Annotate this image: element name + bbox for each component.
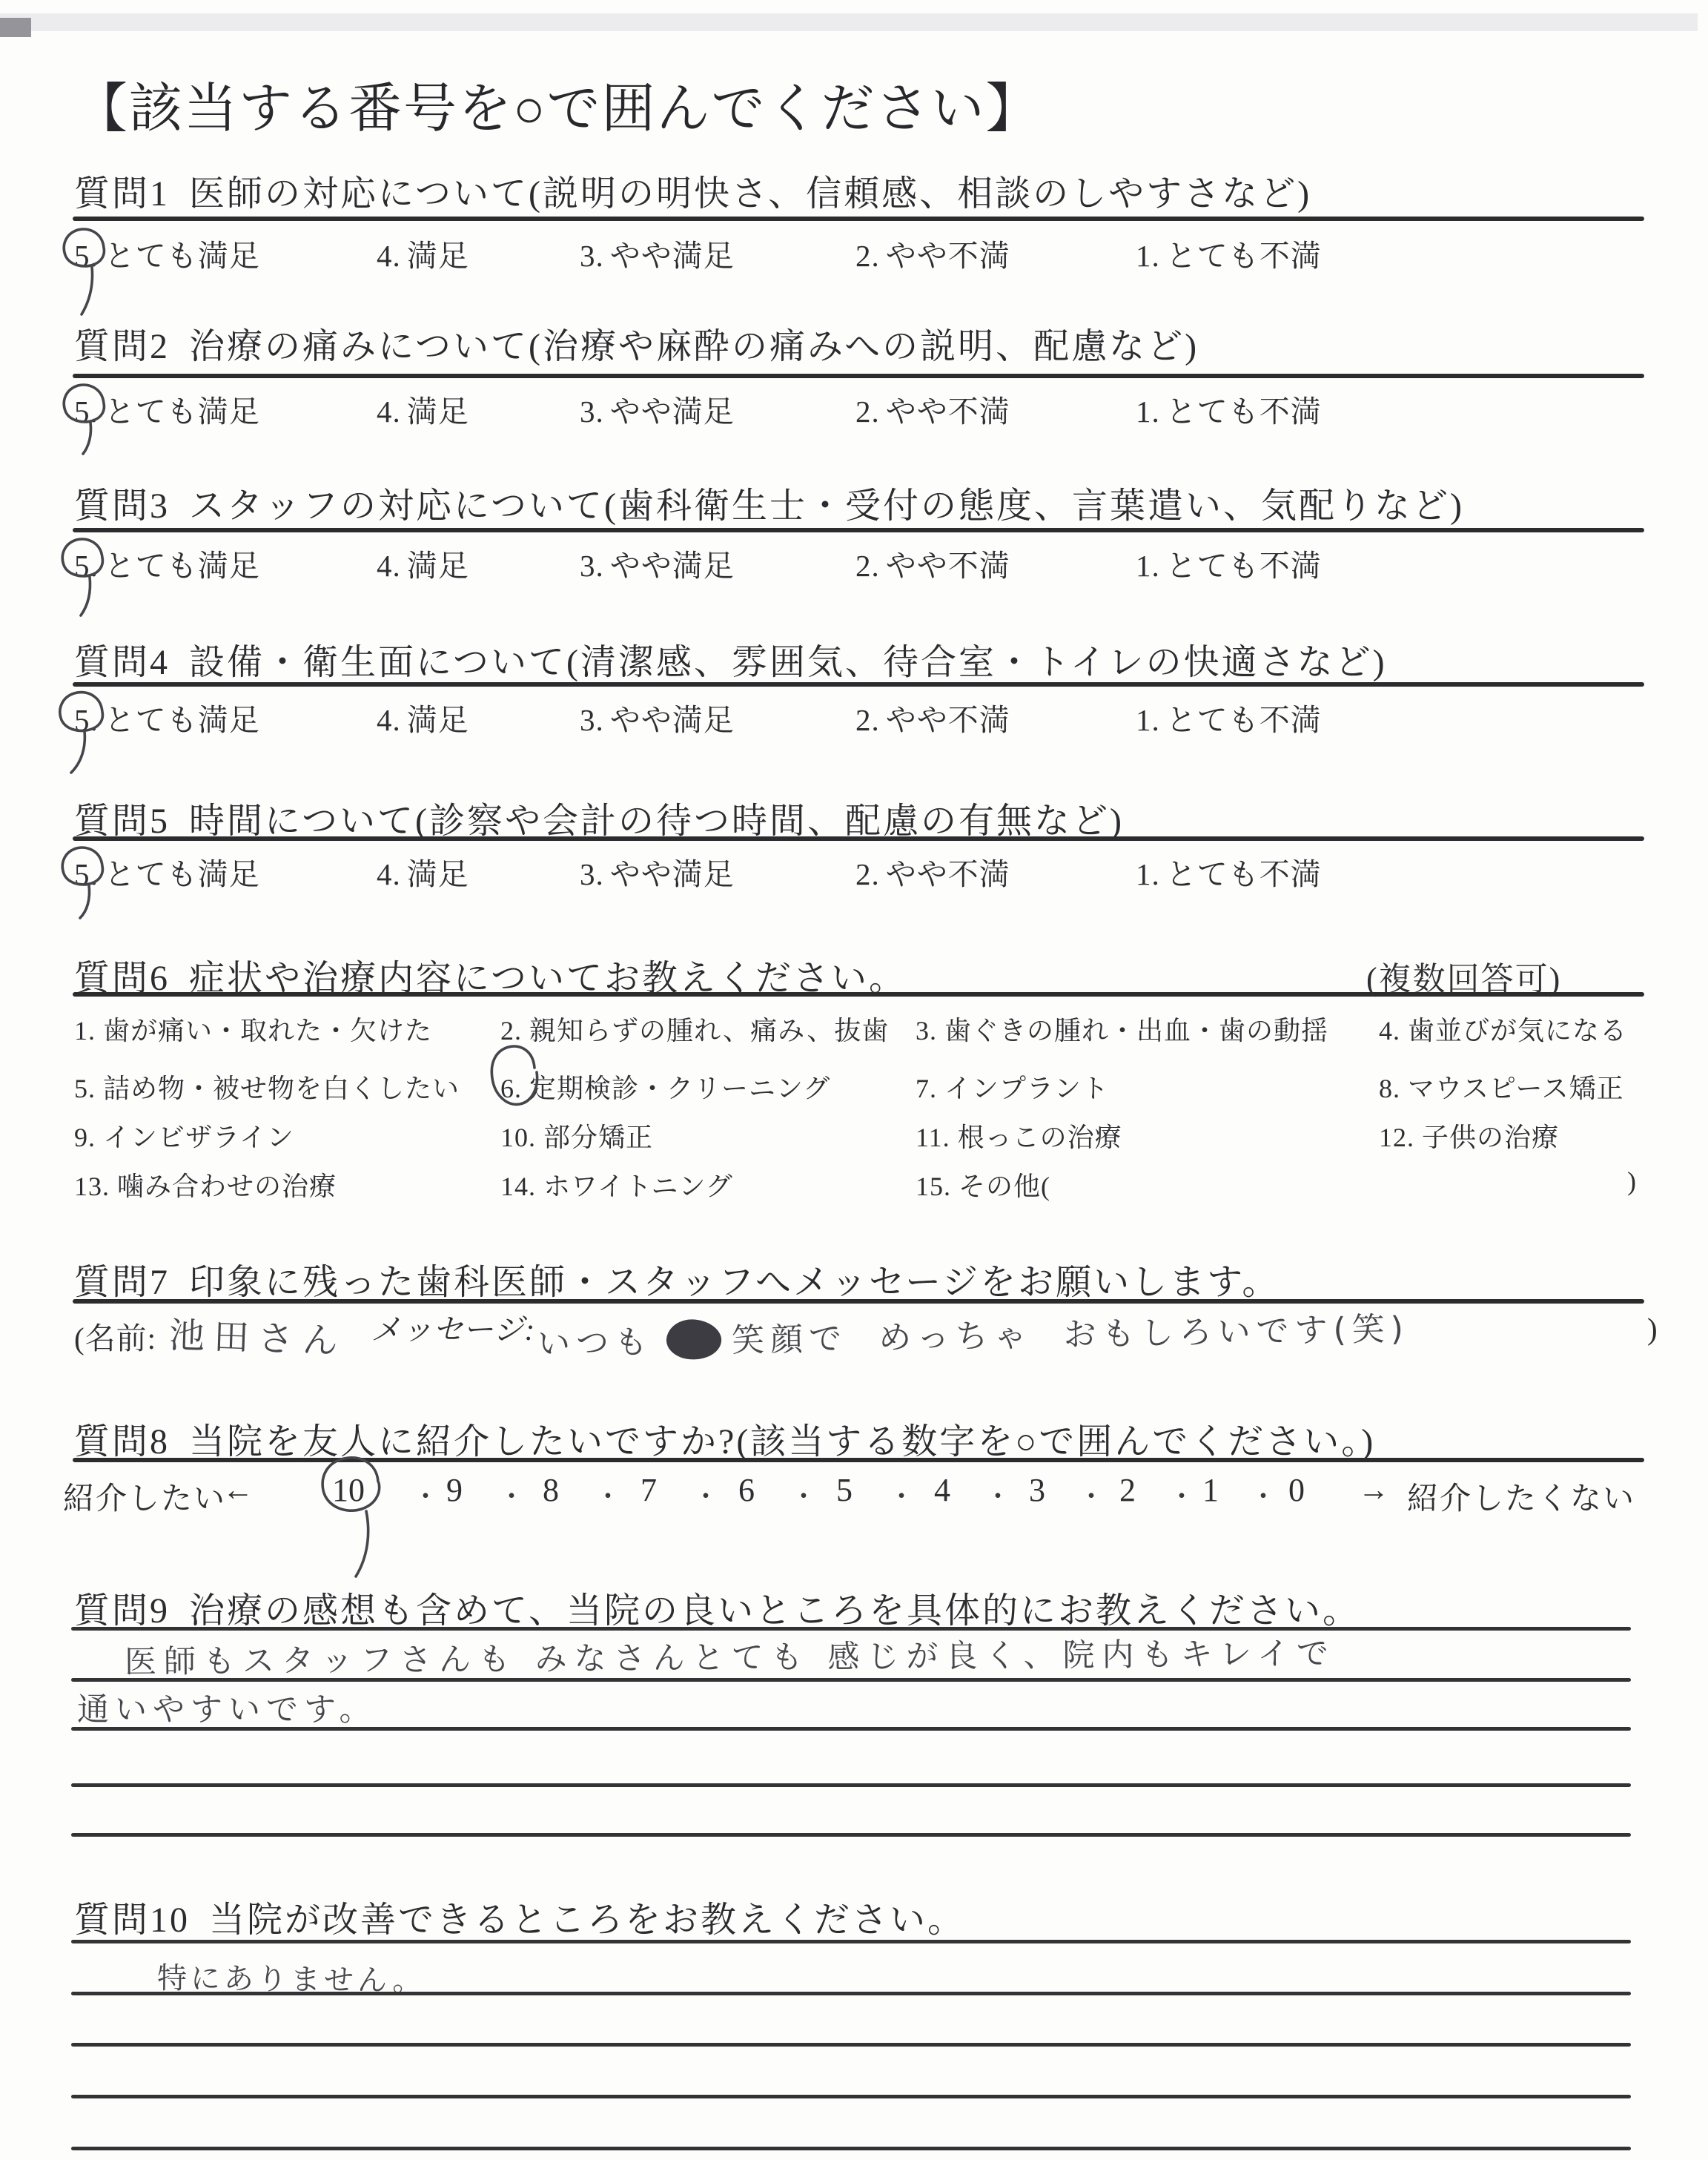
rating-option: 4.満足	[377, 696, 469, 739]
option-label: やや満足	[610, 857, 735, 891]
section-divider-line	[73, 374, 1644, 378]
answer-line	[71, 2147, 1631, 2150]
item-number: 4.	[1379, 1016, 1400, 1046]
item-label: インビザライン	[103, 1123, 294, 1152]
option-number: 2.	[855, 703, 880, 737]
question-text: 治療の痛みについて(治療や麻酔の痛みへの説明、配慮など)	[189, 327, 1199, 366]
item-label: 部分矯正	[543, 1123, 653, 1152]
answer-line	[71, 1727, 1631, 1731]
rating-option: 1.とても不満	[1136, 541, 1322, 585]
question-1-heading: 質問1医師の対応について(説明の明快さ、信頼感、相談のしやすさなど)	[74, 165, 1311, 216]
question-text: 治療の感想も含めて、当院の良いところを具体的にお教えください。	[189, 1591, 1360, 1631]
rating-option: 2.やや不満	[855, 696, 1010, 739]
rating-option: 1.とても不満	[1136, 850, 1322, 894]
scanned-survey-form: 【該当する番号を○で囲んでください】 質問1医師の対応について(説明の明快さ、信…	[0, 0, 1708, 2160]
arrow-left-icon: ←	[222, 1473, 255, 1508]
item-number: 2.	[500, 1016, 522, 1046]
section-divider-line	[73, 528, 1644, 532]
option-number: 3.	[580, 239, 604, 273]
handwritten-answer-line-1: 医師もスタッフさんも みなさんとても 感じが良く、院内もキレイで	[125, 1628, 1336, 1682]
symptom-item: 9. インビザライン	[74, 1117, 294, 1155]
scale-number-2: 2	[1119, 1471, 1136, 1509]
option-label: とても満足	[105, 857, 260, 891]
scale-separator: ・	[692, 1476, 719, 1513]
answer-line	[71, 1678, 1631, 1682]
section-divider-line	[73, 1458, 1644, 1462]
section-divider-line	[73, 836, 1644, 841]
question-label: 質問5	[74, 802, 170, 841]
scale-number-10: 10	[332, 1471, 365, 1509]
other-close-paren: )	[1627, 1166, 1637, 1197]
item-number: 3.	[916, 1016, 937, 1046]
question-label: 質問8	[74, 1422, 170, 1462]
item-number: 13.	[74, 1172, 110, 1201]
option-label: とても満足	[105, 239, 260, 273]
option-number: 2.	[855, 857, 880, 891]
option-number: 4.	[377, 703, 401, 737]
rating-option: 3.やや満足	[580, 850, 735, 894]
handwritten-name: 池田さん	[168, 1307, 348, 1364]
answer-line	[71, 2043, 1631, 2047]
rating-option: 4.満足	[377, 850, 469, 894]
option-number: 1.	[1136, 394, 1160, 429]
answer-line	[71, 2095, 1631, 2098]
question-label: 質問4	[74, 643, 170, 682]
scale-separator: ・	[888, 1476, 915, 1513]
item-label: 歯が痛い・取れた・欠けた	[103, 1016, 432, 1046]
option-label: やや満足	[610, 703, 735, 737]
scale-number-4: 4	[934, 1471, 950, 1509]
option-number: 1.	[1136, 239, 1160, 273]
item-label: 定期検診・クリーニング	[529, 1074, 830, 1103]
option-number: 1.	[1136, 703, 1160, 737]
item-label: 歯ぐきの腫れ・出血・歯の動揺	[944, 1016, 1328, 1046]
question-label: 質問7	[74, 1263, 170, 1302]
section-divider-line	[73, 992, 1644, 997]
scan-artifact-band	[0, 13, 1698, 31]
message-text: 笑顔で めっちゃ おもしろいです(笑)	[732, 1310, 1410, 1360]
scale-separator: ・	[1250, 1476, 1277, 1513]
symptom-item: 15. その他(	[916, 1166, 1050, 1203]
question-text: 当院が改善できるところをお教えください。	[209, 1900, 965, 1940]
scribble-mark	[665, 1317, 723, 1361]
rating-option: 1.とても不満	[1136, 231, 1322, 275]
option-number: 4.	[377, 857, 401, 891]
rating-option: 5.とても満足	[74, 387, 260, 431]
answer-line	[71, 1627, 1631, 1631]
option-label: やや満足	[610, 549, 735, 583]
section-divider-line	[73, 217, 1644, 221]
question-5-heading: 質問5時間について(診察や会計の待つ時間、配慮の有無など)	[74, 792, 1124, 843]
item-label: 詰め物・被せ物を白くしたい	[103, 1074, 460, 1103]
question-8-heading: 質問8当院を友人に紹介したいですか?(該当する数字を○で囲んでください。)	[74, 1413, 1375, 1464]
option-number: 5.	[74, 857, 99, 891]
item-number: 15.	[916, 1172, 951, 1201]
option-label: とても不満	[1166, 857, 1322, 891]
name-field-label: (名前:	[74, 1314, 156, 1358]
option-label: とても不満	[1166, 549, 1322, 583]
question-text: 医師の対応について(説明の明快さ、信頼感、相談のしやすさなど)	[189, 174, 1311, 214]
item-label: 根っこの治療	[958, 1123, 1122, 1152]
option-number: 4.	[377, 239, 401, 273]
item-number: 6.	[500, 1074, 522, 1103]
question-label: 質問2	[74, 327, 170, 366]
symptom-item: 10. 部分矯正	[500, 1117, 653, 1155]
option-number: 4.	[377, 549, 401, 583]
rating-option: 2.やや不満	[855, 541, 1010, 585]
scale-number-3: 3	[1029, 1471, 1045, 1509]
item-number: 12.	[1379, 1123, 1414, 1152]
scale-number-7: 7	[640, 1471, 657, 1509]
scale-separator: ・	[412, 1476, 439, 1513]
rating-option: 3.やや満足	[580, 231, 735, 275]
scale-number-0: 0	[1288, 1471, 1305, 1509]
option-label: とても満足	[105, 394, 260, 429]
scale-separator: ・	[1078, 1476, 1105, 1513]
question-9-heading: 質問9治療の感想も含めて、当院の良いところを具体的にお教えください。	[74, 1582, 1360, 1633]
option-number: 1.	[1136, 549, 1160, 583]
rating-option: 1.とても不満	[1136, 696, 1322, 739]
scale-separator: ・	[984, 1476, 1011, 1513]
item-label: 親知らずの腫れ、痛み、抜歯	[529, 1016, 889, 1046]
option-number: 4.	[377, 394, 401, 429]
scale-number-5: 5	[836, 1471, 853, 1509]
option-label: やや満足	[610, 239, 735, 273]
option-number: 5.	[74, 394, 99, 429]
symptom-item: 6. 定期検診・クリーニング	[500, 1068, 830, 1106]
handwritten-message: いつも笑顔で めっちゃ おもしろいです(笑)	[537, 1302, 1410, 1365]
option-label: 満足	[407, 549, 469, 583]
rating-option: 4.満足	[377, 541, 469, 585]
question-10-heading: 質問10当院が改善できるところをお教えください。	[74, 1891, 965, 1942]
scale-number-9: 9	[446, 1471, 463, 1509]
question-label: 質問3	[74, 486, 170, 526]
rating-option: 3.やや満足	[580, 387, 735, 431]
option-number: 5.	[74, 239, 99, 273]
option-label: とても不満	[1166, 703, 1322, 737]
option-label: 満足	[407, 394, 469, 429]
symptom-item: 11. 根っこの治療	[916, 1117, 1122, 1155]
scale-number-8: 8	[543, 1471, 559, 1509]
symptom-item: 14. ホワイトニング	[500, 1166, 733, 1203]
item-label: 歯並びが気になる	[1408, 1016, 1627, 1046]
rating-option: 5.とても満足	[74, 696, 260, 739]
item-label: マウスピース矯正	[1408, 1074, 1624, 1103]
scale-separator: ・	[498, 1476, 525, 1513]
option-label: やや満足	[610, 394, 735, 429]
item-number: 9.	[74, 1123, 96, 1152]
scale-separator: ・	[790, 1476, 817, 1513]
handwritten-answer-line-2: 通いやすいです。	[77, 1685, 377, 1730]
option-number: 5.	[74, 703, 99, 737]
symptom-item: 1. 歯が痛い・取れた・欠けた	[74, 1010, 432, 1048]
question-text: 当院を友人に紹介したいですか?(該当する数字を○で囲んでください。)	[189, 1422, 1375, 1462]
answer-line	[71, 1992, 1631, 1995]
scale-separator: ・	[595, 1476, 621, 1513]
symptom-item: 2. 親知らずの腫れ、痛み、抜歯	[500, 1010, 889, 1048]
scale-separator: ・	[1168, 1476, 1195, 1513]
item-label: インプラント	[944, 1074, 1109, 1103]
option-label: とても満足	[105, 703, 260, 737]
item-label: その他(	[959, 1172, 1050, 1201]
scale-number-1: 1	[1202, 1471, 1219, 1509]
symptom-item: 8. マウスピース矯正	[1379, 1068, 1624, 1106]
item-label: 子供の治療	[1422, 1123, 1559, 1152]
symptom-item: 3. 歯ぐきの腫れ・出血・歯の動揺	[916, 1010, 1328, 1048]
scan-artifact-corner	[0, 18, 31, 37]
option-number: 3.	[580, 394, 604, 429]
question-7-heading: 質問7印象に残った歯科医師・スタッフへメッセージをお願いします。	[74, 1253, 1280, 1304]
option-number: 3.	[580, 857, 604, 891]
symptom-item: 13. 噛み合わせの治療	[74, 1166, 337, 1203]
option-number: 3.	[580, 549, 604, 583]
close-paren: )	[1647, 1311, 1658, 1347]
option-number: 2.	[855, 549, 880, 583]
answer-line	[71, 1833, 1631, 1837]
rating-option: 3.やや満足	[580, 541, 735, 585]
item-number: 7.	[916, 1074, 937, 1103]
option-number: 2.	[855, 239, 880, 273]
item-number: 14.	[500, 1172, 536, 1201]
rating-option: 5.とても満足	[74, 231, 260, 275]
message-text: いつも	[537, 1324, 654, 1364]
item-number: 10.	[500, 1123, 536, 1152]
item-label: ホワイトニング	[543, 1172, 733, 1201]
option-label: 満足	[407, 703, 469, 737]
option-number: 2.	[855, 394, 880, 429]
question-label: 質問10	[74, 1900, 190, 1940]
rating-option: 2.やや不満	[855, 231, 1010, 275]
option-number: 3.	[580, 703, 604, 737]
item-label: 噛み合わせの治療	[117, 1172, 337, 1201]
form-title: 【該当する番号を○で囲んでください】	[74, 65, 1041, 142]
option-label: やや不満	[886, 549, 1010, 583]
question-text: 時間について(診察や会計の待つ時間、配慮の有無など)	[189, 802, 1124, 841]
item-number: 11.	[916, 1123, 950, 1152]
option-label: とても不満	[1166, 239, 1322, 273]
arrow-right-icon: →	[1358, 1473, 1391, 1508]
scale-number-6: 6	[738, 1471, 755, 1509]
rating-option: 4.満足	[377, 387, 469, 431]
symptom-item: 5. 詰め物・被せ物を白くしたい	[74, 1068, 460, 1106]
message-field-label: メッセージ:	[371, 1305, 535, 1349]
option-label: やや不満	[886, 857, 1010, 891]
symptom-item: 12. 子供の治療	[1379, 1117, 1559, 1155]
option-label: やや不満	[886, 394, 1010, 429]
option-number: 1.	[1136, 857, 1160, 891]
option-label: 満足	[407, 239, 469, 273]
section-divider-line	[73, 682, 1644, 687]
question-4-heading: 質問4設備・衛生面について(清潔感、雰囲気、待合室・トイレの快適さなど)	[74, 633, 1387, 684]
answer-line	[71, 1783, 1631, 1787]
scale-right-label: 紹介したくない	[1407, 1474, 1635, 1519]
item-number: 1.	[74, 1016, 96, 1046]
question-text: 印象に残った歯科医師・スタッフへメッセージをお願いします。	[189, 1263, 1280, 1302]
rating-option: 2.やや不満	[855, 387, 1010, 431]
symptom-item: 7. インプラント	[916, 1068, 1109, 1106]
rating-option: 2.やや不満	[855, 850, 1010, 894]
question-label: 質問1	[74, 174, 170, 214]
question-3-heading: 質問3スタッフの対応について(歯科衛生士・受付の態度、言葉遣い、気配りなど)	[74, 477, 1464, 528]
option-label: やや不満	[886, 703, 1010, 737]
answer-line	[71, 1940, 1631, 1943]
option-label: やや不満	[886, 239, 1010, 273]
question-2-heading: 質問2治療の痛みについて(治療や麻酔の痛みへの説明、配慮など)	[74, 317, 1199, 369]
question-text: スタッフの対応について(歯科衛生士・受付の態度、言葉遣い、気配りなど)	[189, 486, 1464, 526]
question-text: 設備・衛生面について(清潔感、雰囲気、待合室・トイレの快適さなど)	[189, 643, 1387, 682]
symptom-item: 4. 歯並びが気になる	[1379, 1010, 1627, 1048]
scale-left-label: 紹介したい	[63, 1474, 226, 1519]
rating-option: 5.とても満足	[74, 541, 260, 585]
item-number: 8.	[1379, 1074, 1400, 1103]
question-label: 質問9	[74, 1591, 170, 1631]
option-number: 5.	[74, 549, 99, 583]
rating-option: 1.とても不満	[1136, 387, 1322, 431]
rating-option: 4.満足	[377, 231, 469, 275]
rating-option: 3.やや満足	[580, 696, 735, 739]
option-label: とても満足	[105, 549, 260, 583]
option-label: 満足	[407, 857, 469, 891]
option-label: とても不満	[1166, 394, 1322, 429]
rating-option: 5.とても満足	[74, 850, 260, 894]
item-number: 5.	[74, 1074, 96, 1103]
